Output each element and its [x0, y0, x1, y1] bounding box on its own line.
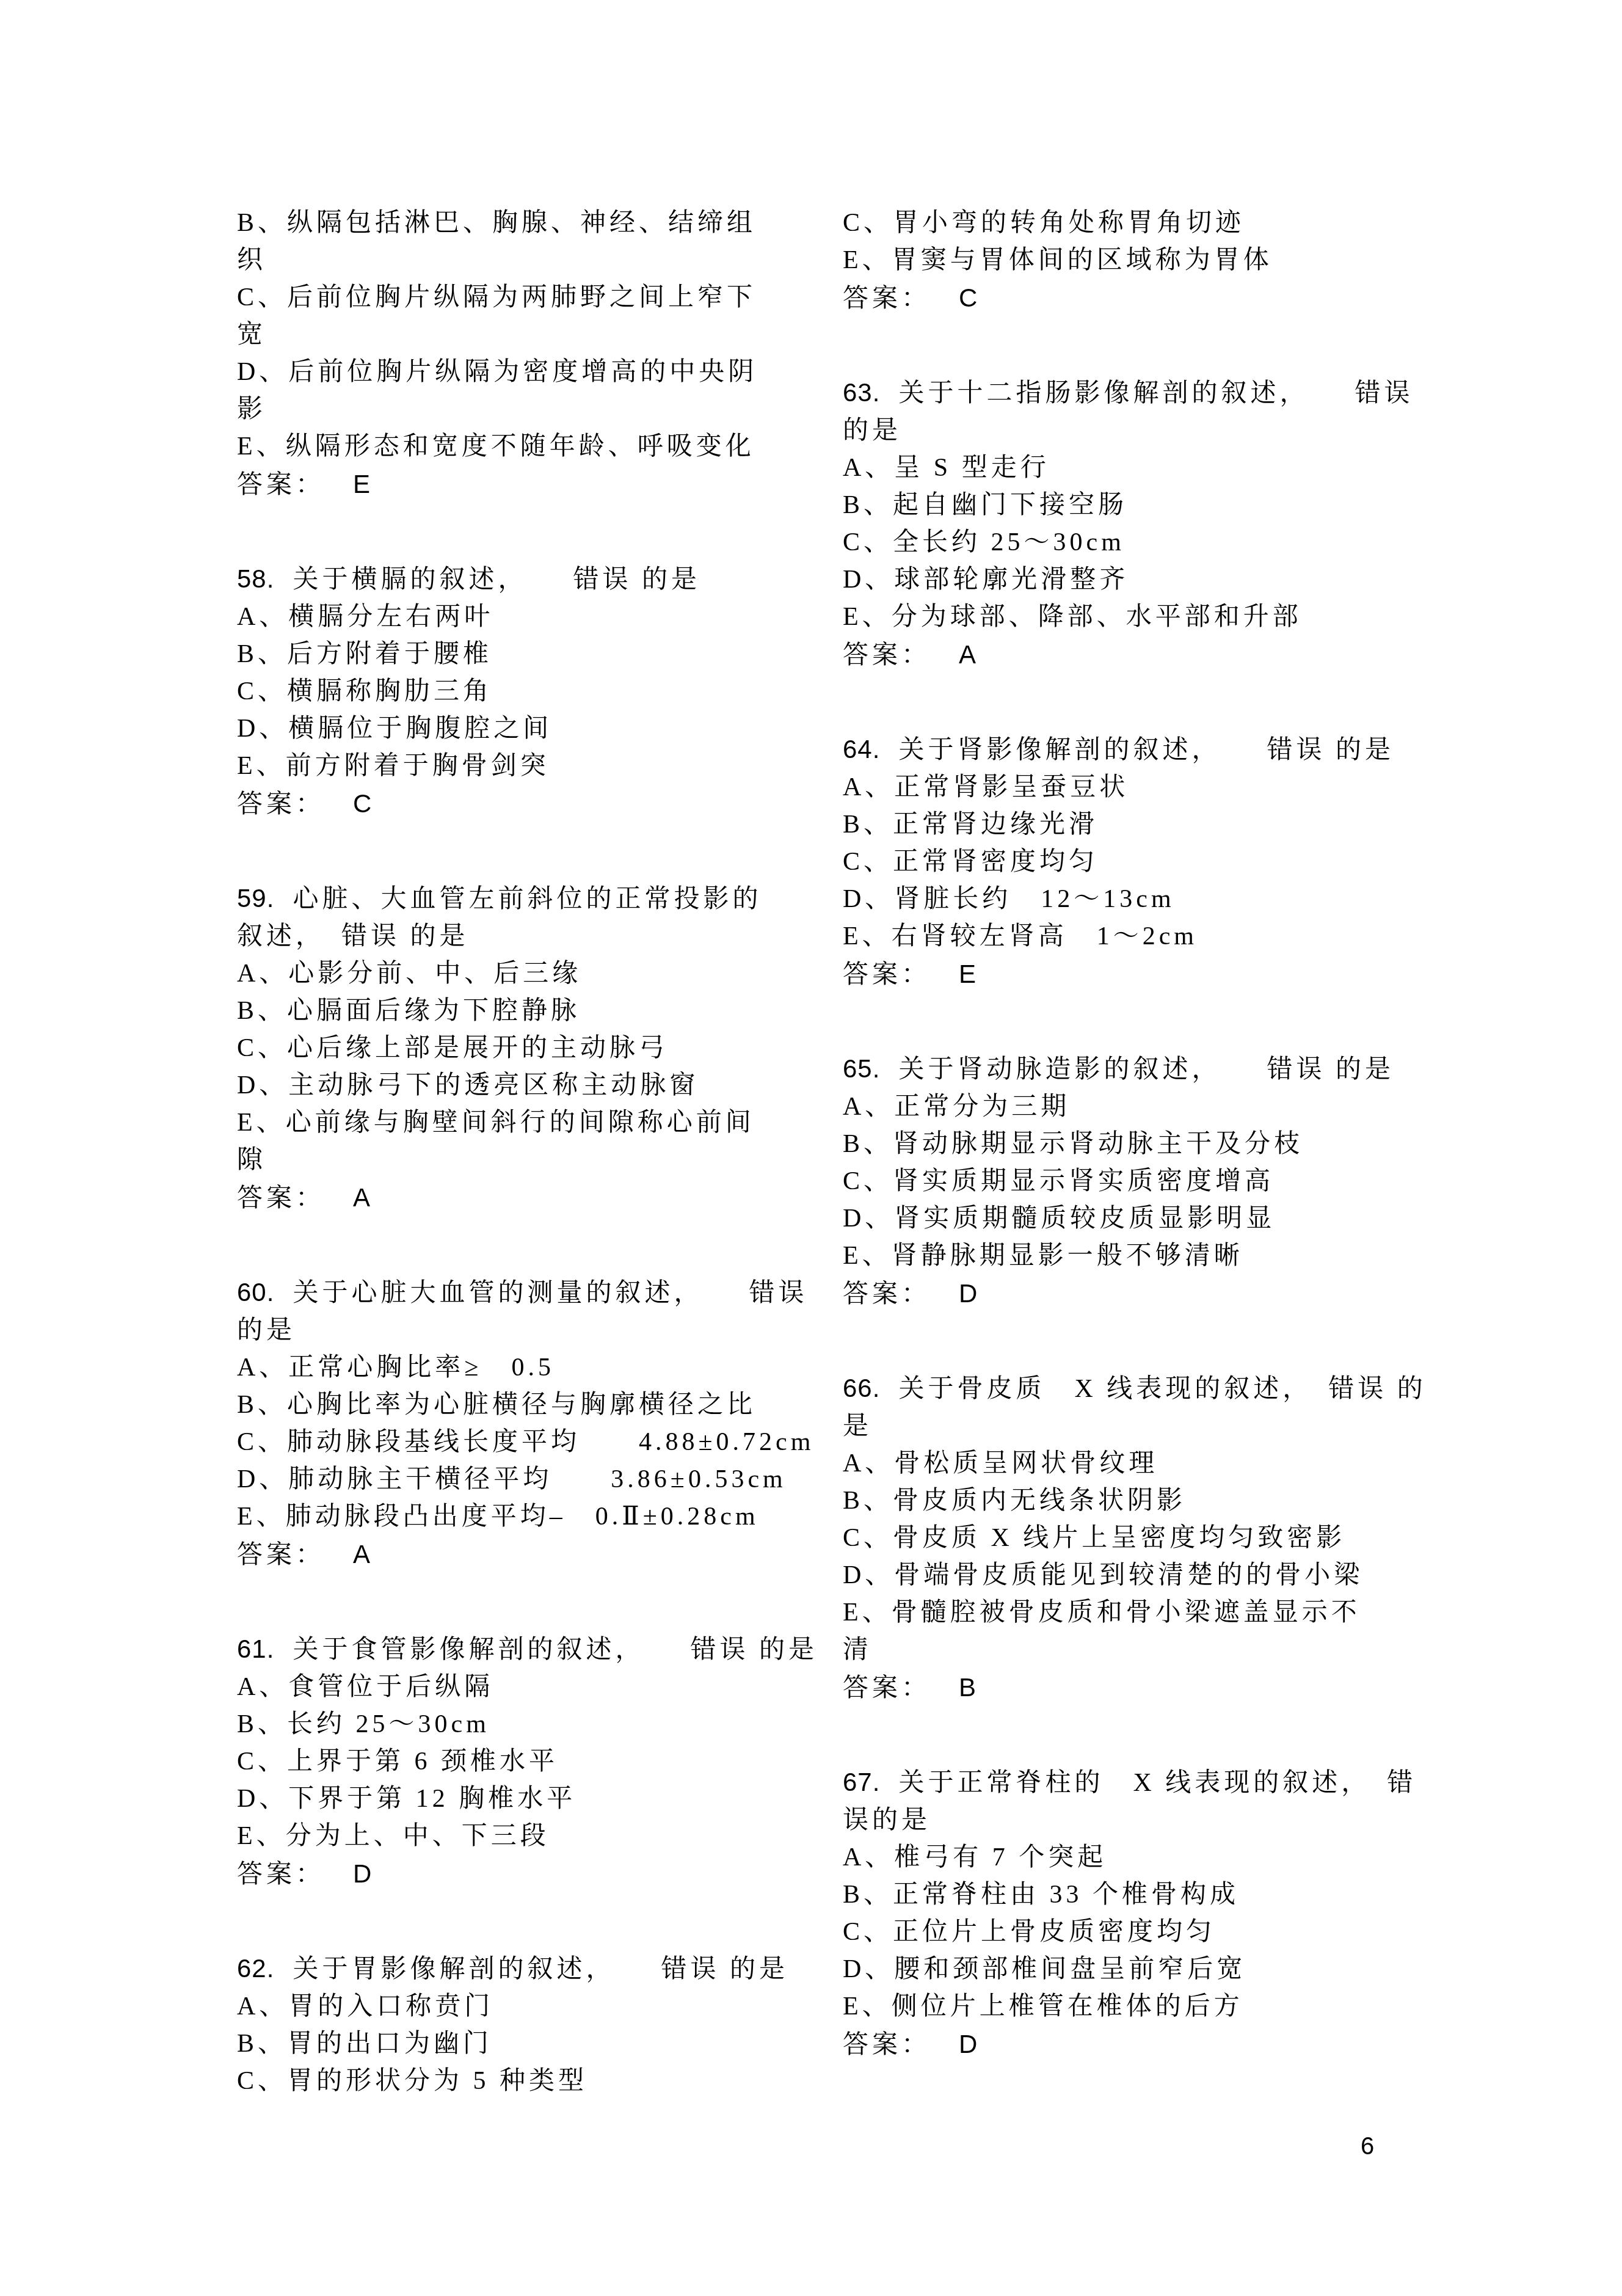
option-item: A、呈 S 型走行: [843, 450, 1453, 487]
question-number: 62.: [237, 1954, 274, 1983]
answer-prefix: 答案：: [237, 1541, 325, 1569]
option-item: B、胃的出口为幽门: [237, 2025, 848, 2063]
option-item: E、肾静脉期显影一般不够清晰: [843, 1237, 1453, 1275]
option-item: B、长约 25～30cm: [237, 1706, 848, 1743]
option-item: E、侧位片上椎管在椎体的后方: [843, 1988, 1453, 2025]
option-item: C、胃小弯的转角处称胃角切迹: [843, 205, 1453, 242]
option-item: B、正常肾边缘光滑: [843, 806, 1453, 844]
answer-line: 答案：E: [843, 955, 1453, 994]
option-item: B、起自幽门下接空肠: [843, 487, 1453, 524]
question-stem-line: 63.关于十二指肠影像解剖的叙述， 错误 的是: [843, 374, 1453, 450]
option-item: C、肾实质期显示肾实质密度增高: [843, 1163, 1453, 1200]
question-stem: 关于正常脊柱的 X 线表现的叙述， 错 误的是: [843, 1769, 1416, 1834]
option-item: B、纵隔包括淋巴、胸腺、神经、结缔组 织: [237, 205, 848, 279]
option-item: A、椎弓有 7 个突起: [843, 1839, 1453, 1876]
question-stem-line: 62.关于胃影像解剖的叙述， 错误 的是: [237, 1950, 848, 1988]
question-number: 66.: [843, 1374, 880, 1402]
answer-line: 答案：B: [843, 1669, 1453, 1707]
question-block: 58.关于横膈的叙述， 错误 的是A、横膈分左右两叶B、后方附着于腰椎C、横膈称…: [237, 560, 848, 823]
option-item: B、骨皮质内无线条状阴影: [843, 1482, 1453, 1520]
answer-prefix: 答案：: [843, 2031, 931, 2059]
question-stem-line: 64.关于肾影像解剖的叙述， 错误 的是: [843, 731, 1453, 769]
option-item: E、心前缘与胸壁间斜行的间隙称心前间 隙: [237, 1104, 848, 1179]
question-stem-line: 67.关于正常脊柱的 X 线表现的叙述， 错 误的是: [843, 1763, 1453, 1839]
question-stem-line: 66.关于骨皮质 X 线表现的叙述， 错误 的 是: [843, 1369, 1453, 1445]
document-page: B、纵隔包括淋巴、胸腺、神经、结缔组 织C、后前位胸片纵隔为两肺野之间上窄下 宽…: [0, 0, 1622, 2296]
answer-value: E: [353, 470, 371, 498]
question-stem-line: 59.心脏、大血管左前斜位的正常投影的 叙述， 错误 的是: [237, 880, 848, 955]
answer-value: E: [959, 960, 976, 988]
option-item: A、食管位于后纵隔: [237, 1669, 848, 1706]
answer-value: A: [353, 1540, 371, 1569]
option-item: C、全长约 25～30cm: [843, 524, 1453, 561]
answer-value: C: [353, 789, 372, 818]
option-item: A、正常心胸比率≥ 0.5: [237, 1349, 848, 1387]
option-item: C、骨皮质 X 线片上呈密度均匀致密影: [843, 1520, 1453, 1557]
option-item: C、心后缘上部是展开的主动脉弓: [237, 1030, 848, 1067]
option-item: C、正位片上骨皮质密度均匀: [843, 1914, 1453, 1951]
answer-prefix: 答案：: [237, 1184, 325, 1212]
question-number: 60.: [237, 1278, 274, 1307]
answer-line: 答案：D: [237, 1855, 848, 1893]
answer-prefix: 答案：: [843, 641, 931, 669]
answer-prefix: 答案：: [843, 961, 931, 989]
option-item: E、骨髓腔被骨皮质和骨小梁遮盖显示不 清: [843, 1594, 1453, 1669]
option-item: E、胃窦与胃体间的区域称为胃体: [843, 242, 1453, 279]
question-stem-line: 65.关于肾动脉造影的叙述， 错误 的是: [843, 1050, 1453, 1088]
question-stem: 关于十二指肠影像解剖的叙述， 错误 的是: [843, 379, 1413, 445]
answer-prefix: 答案：: [237, 790, 325, 818]
question-number: 58.: [237, 564, 274, 593]
option-item: C、正常肾密度均匀: [843, 844, 1453, 881]
question-stem: 心脏、大血管左前斜位的正常投影的 叙述， 错误 的是: [237, 885, 762, 950]
question-block: 63.关于十二指肠影像解剖的叙述， 错误 的是A、呈 S 型走行B、起自幽门下接…: [843, 374, 1453, 674]
question-block: 66.关于骨皮质 X 线表现的叙述， 错误 的 是A、骨松质呈网状骨纹理B、骨皮…: [843, 1369, 1453, 1707]
option-item: B、后方附着于腰椎: [237, 636, 848, 673]
option-item: E、前方附着于胸骨剑突: [237, 748, 848, 785]
option-item: C、上界于第 6 颈椎水平: [237, 1743, 848, 1780]
options-continuation-block: B、纵隔包括淋巴、胸腺、神经、结缔组 织C、后前位胸片纵隔为两肺野之间上窄下 宽…: [237, 205, 848, 504]
answer-prefix: 答案：: [843, 1674, 931, 1702]
option-item: D、后前位胸片纵隔为密度增高的中央阴 影: [237, 354, 848, 428]
answer-line: 答案：A: [237, 1179, 848, 1217]
answer-line: 答案：E: [237, 465, 848, 504]
option-item: E、肺动脉段凸出度平均– 0.Ⅱ±0.28cm: [237, 1498, 848, 1536]
option-item: D、主动脉弓下的透亮区称主动脉窗: [237, 1067, 848, 1104]
question-stem: 关于骨皮质 X 线表现的叙述， 错误 的 是: [843, 1375, 1427, 1440]
question-block: 60.关于心脏大血管的测量的叙述， 错误 的是A、正常心胸比率≥ 0.5B、心胸…: [237, 1274, 848, 1574]
answer-line: 答案：C: [237, 785, 848, 823]
option-item: C、后前位胸片纵隔为两肺野之间上窄下 宽: [237, 279, 848, 354]
option-item: E、分为上、中、下三段: [237, 1818, 848, 1855]
option-item: B、心膈面后缘为下腔静脉: [237, 993, 848, 1030]
option-item: A、正常分为三期: [843, 1088, 1453, 1126]
option-item: E、右肾较左肾高 1～2cm: [843, 918, 1453, 955]
option-item: D、下界于第 12 胸椎水平: [237, 1780, 848, 1818]
option-item: B、正常脊柱由 33 个椎骨构成: [843, 1876, 1453, 1914]
answer-prefix: 答案：: [843, 285, 931, 313]
option-item: A、横膈分左右两叶: [237, 599, 848, 636]
question-number: 65.: [843, 1054, 880, 1083]
answer-value: B: [959, 1673, 976, 1702]
option-item: D、横膈位于胸腹腔之间: [237, 710, 848, 748]
question-stem-line: 58.关于横膈的叙述， 错误 的是: [237, 560, 848, 599]
answer-prefix: 答案：: [237, 471, 325, 499]
option-item: A、正常肾影呈蚕豆状: [843, 769, 1453, 806]
question-number: 64.: [843, 735, 880, 764]
answer-value: A: [959, 640, 976, 669]
answer-prefix: 答案：: [237, 1860, 325, 1889]
answer-line: 答案：A: [843, 636, 1453, 674]
question-stem: 关于心脏大血管的测量的叙述， 错误 的是: [237, 1279, 807, 1344]
question-block: 67.关于正常脊柱的 X 线表现的叙述， 错 误的是A、椎弓有 7 个突起B、正…: [843, 1763, 1453, 2064]
answer-line: 答案：A: [237, 1536, 848, 1574]
question-block: 64.关于肾影像解剖的叙述， 错误 的是A、正常肾影呈蚕豆状B、正常肾边缘光滑C…: [843, 731, 1453, 994]
option-item: A、心影分前、中、后三缘: [237, 955, 848, 993]
option-item: B、心胸比率为心脏横径与胸廓横径之比: [237, 1387, 848, 1424]
question-stem: 关于胃影像解剖的叙述， 错误 的是: [293, 1955, 788, 1983]
question-block: 59.心脏、大血管左前斜位的正常投影的 叙述， 错误 的是A、心影分前、中、后三…: [237, 880, 848, 1217]
answer-prefix: 答案：: [843, 1280, 931, 1308]
answer-value: D: [353, 1859, 372, 1888]
answer-line: 答案：D: [843, 1275, 1453, 1313]
question-stem: 关于肾影像解剖的叙述， 错误 的是: [898, 736, 1394, 764]
option-item: E、分为球部、降部、水平部和升部: [843, 599, 1453, 636]
question-number: 61.: [237, 1635, 274, 1663]
question-number: 63.: [843, 378, 880, 407]
option-item: A、胃的入口称贲门: [237, 1988, 848, 2025]
option-item: A、骨松质呈网状骨纹理: [843, 1445, 1453, 1482]
question-stem: 关于横膈的叙述， 错误 的是: [293, 566, 700, 594]
option-item: D、腰和颈部椎间盘呈前窄后宽: [843, 1951, 1453, 1988]
answer-value: C: [959, 283, 978, 312]
question-stem-line: 61.关于食管影像解剖的叙述， 错误 的是: [237, 1630, 848, 1669]
answer-line: 答案：C: [843, 279, 1453, 318]
option-item: D、球部轮廓光滑整齐: [843, 561, 1453, 599]
option-item: D、骨端骨皮质能见到较清楚的的骨小梁: [843, 1557, 1453, 1594]
options-continuation-block: C、胃小弯的转角处称胃角切迹E、胃窦与胃体间的区域称为胃体答案：C: [843, 205, 1453, 318]
answer-line: 答案：D: [843, 2025, 1453, 2064]
question-block: 61.关于食管影像解剖的叙述， 错误 的是A、食管位于后纵隔B、长约 25～30…: [237, 1630, 848, 1893]
option-item: C、横膈称胸肋三角: [237, 673, 848, 710]
answer-value: D: [959, 2030, 978, 2058]
answer-value: D: [959, 1279, 978, 1308]
option-item: D、肺动脉主干横径平均 3.86±0.53cm: [237, 1461, 848, 1498]
question-block: 65.关于肾动脉造影的叙述， 错误 的是A、正常分为三期B、肾动脉期显示肾动脉主…: [843, 1050, 1453, 1313]
option-item: E、纵隔形态和宽度不随年龄、呼吸变化: [237, 428, 848, 465]
option-item: D、肾实质期髓质较皮质显影明显: [843, 1200, 1453, 1237]
question-block: 62.关于胃影像解剖的叙述， 错误 的是A、胃的入口称贲门B、胃的出口为幽门C、…: [237, 1950, 848, 2100]
option-item: D、肾脏长约 12～13cm: [843, 881, 1453, 918]
answer-value: A: [353, 1183, 371, 1212]
question-number: 67.: [843, 1768, 880, 1796]
column-left: B、纵隔包括淋巴、胸腺、神经、结缔组 织C、后前位胸片纵隔为两肺野之间上窄下 宽…: [237, 205, 848, 2100]
column-right: C、胃小弯的转角处称胃角切迹E、胃窦与胃体间的区域称为胃体答案：C63.关于十二…: [843, 205, 1453, 2064]
question-number: 59.: [237, 884, 274, 913]
question-stem-line: 60.关于心脏大血管的测量的叙述， 错误 的是: [237, 1274, 848, 1349]
page-number: 6: [1361, 2133, 1374, 2160]
option-item: C、胃的形状分为 5 种类型: [237, 2063, 848, 2100]
question-stem: 关于食管影像解剖的叙述， 错误 的是: [293, 1636, 818, 1664]
option-item: C、肺动脉段基线长度平均 4.88±0.72cm: [237, 1424, 848, 1461]
question-stem: 关于肾动脉造影的叙述， 错误 的是: [898, 1055, 1394, 1084]
option-item: B、肾动脉期显示肾动脉主干及分枝: [843, 1126, 1453, 1163]
